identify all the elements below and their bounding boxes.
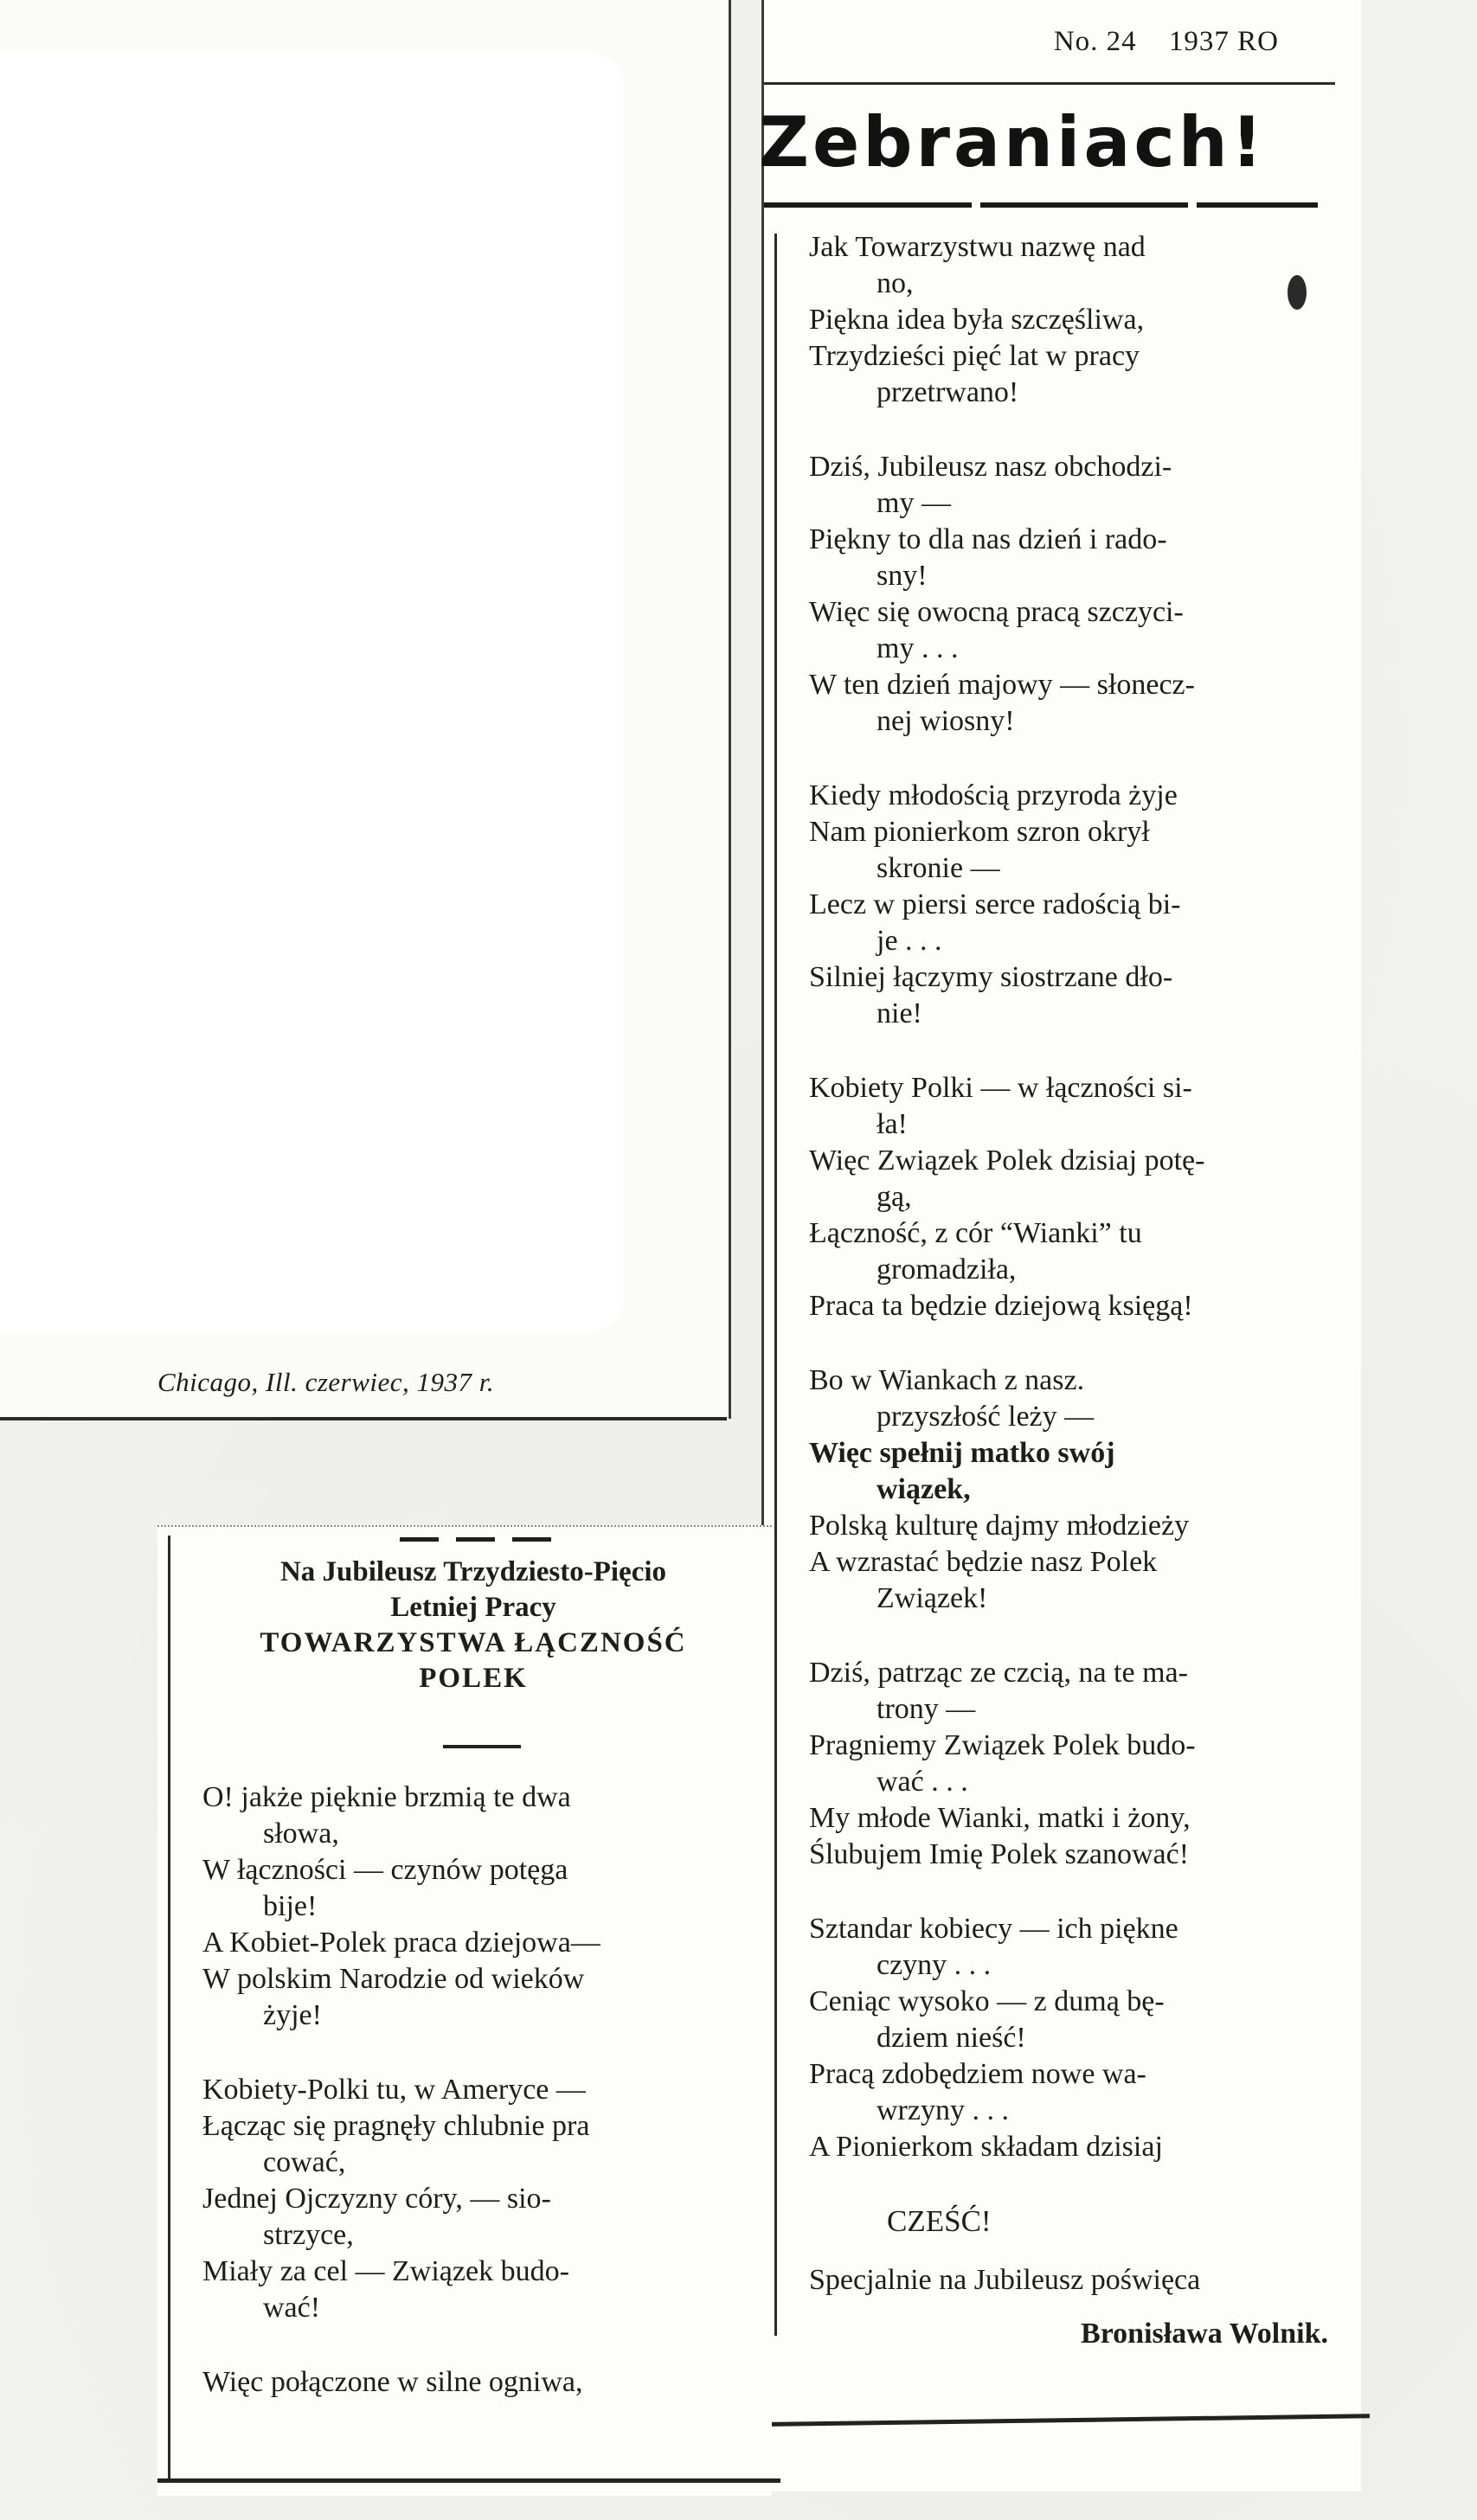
place-date-caption: Chicago, Ill. czerwiec, 1937 r. [157, 1367, 494, 1398]
issue-number: No. 24 [1054, 26, 1137, 57]
title-line: TOWARZYSTWA ŁĄCZNOŚĆ [183, 1625, 763, 1661]
stanza: Sztandar kobiecy — ich piękneczyny . . .… [809, 1911, 1337, 2165]
stanza: Bo w Wiankach z nasz.przyszłość leży —Wi… [809, 1363, 1337, 1617]
verse-line: Więc spełnij matko swój [809, 1435, 1337, 1472]
title-line: Letniej Pracy [183, 1590, 763, 1625]
verse-line: sny! [809, 558, 1337, 594]
verse-line: Więc się owocną pracą szczyci- [809, 594, 1337, 631]
verse-line: W polskim Narodzie od wieków [202, 1961, 765, 1997]
verse-line: A Kobiet-Polek praca dziejowa— [202, 1925, 765, 1961]
verse-line: wrzyny . . . [809, 2093, 1337, 2129]
verse-line: Dziś, Jubileusz nasz obchodzi- [809, 449, 1337, 485]
verse-line: Ślubujem Imię Polek szanować! [809, 1837, 1337, 1873]
stanza: Kiedy młodością przyroda żyjeNam pionier… [809, 778, 1337, 1032]
verse-line: przyszłość leży — [809, 1399, 1337, 1435]
verse-line: O! jakże pięknie brzmią te dwa [202, 1779, 765, 1816]
verse-line: Więc połączone w silne ogniwa, [202, 2364, 765, 2401]
column-rule [774, 234, 777, 2336]
verse-line: Jak Towarzystwu nazwę nad [809, 229, 1337, 266]
verse-line: bije! [202, 1888, 765, 1925]
verse-line: trony — [809, 1691, 1337, 1728]
author-signature: Bronisława Wolnik. [809, 2316, 1337, 2352]
title-line: POLEK [183, 1661, 763, 1696]
verse-line: Więc Związek Polek dzisiaj potę- [809, 1143, 1337, 1179]
verse-line: Ceniąc wysoko — z dumą bę- [809, 1984, 1337, 2020]
verse-line: strzyce, [202, 2217, 765, 2254]
right-clipping: No. 24 1937 RO Zebraniach! Jak Towarzyst… [761, 0, 1361, 2491]
verse-line: Miały za cel — Związek budo- [202, 2254, 765, 2290]
dedication-line: Specjalnie na Jubileusz poświęca [809, 2262, 1337, 2299]
verse-line: Piękny to dla nas dzień i rado- [809, 522, 1337, 558]
verse-line: gromadziła, [809, 1252, 1337, 1288]
verse-line: wać . . . [809, 1764, 1337, 1800]
verse-line: my — [809, 485, 1337, 522]
verse-line: Kobiety-Polki tu, w Ameryce — [202, 2072, 765, 2108]
cheer-line: CZEŚĆ! [809, 2203, 1337, 2240]
verse-line: my . . . [809, 631, 1337, 667]
verse-line: wać! [202, 2290, 765, 2326]
verse-line: W łączności — czynów potęga [202, 1852, 765, 1888]
verse-line: Trzydzieści pięć lat w pracy [809, 338, 1337, 375]
title-rule [443, 1745, 521, 1748]
bottom-rule [157, 2478, 780, 2483]
verse-line: Bo w Wiankach z nasz. [809, 1363, 1337, 1399]
verse-line: słowa, [202, 1816, 765, 1852]
stanza: Kobiety Polki — w łączności si-ła!Więc Z… [809, 1070, 1337, 1324]
verse-line: Jednej Ojczyzny córy, — sio- [202, 2181, 765, 2217]
stanza: O! jakże pięknie brzmią te dwasłowa,W łą… [202, 1779, 765, 2034]
verse-line: Lecz w piersi serce radością bi- [809, 887, 1337, 923]
verse-line: ła! [809, 1106, 1337, 1143]
verse-line: żyje! [202, 1997, 765, 2034]
verse-line: W ten dzień majowy — słonecz- [809, 667, 1337, 703]
column-rule [168, 1536, 170, 2478]
left-clipping: Chicago, Ill. czerwiec, 1937 r. [0, 0, 731, 1419]
stanza: Jak Towarzystwu nazwę nadno,Piękna idea … [809, 229, 1337, 411]
caption-rule [0, 1417, 727, 1420]
verse-line: no, [809, 266, 1337, 302]
verse-line: Polską kulturę dajmy młodzieży [809, 1508, 1337, 1544]
poem-body: Jak Towarzystwu nazwę nadno,Piękna idea … [809, 229, 1337, 2352]
poem-title: Na Jubileusz Trzydziesto-PięcioLetniej P… [183, 1555, 763, 1696]
verse-line: Kiedy młodością przyroda żyje [809, 778, 1337, 814]
verse-line: nie! [809, 996, 1337, 1032]
dash-ornament [400, 1537, 555, 1542]
bottom-rule [764, 2414, 1370, 2427]
title-line: Na Jubileusz Trzydziesto-Pięcio [183, 1555, 763, 1590]
verse-line: Pracą zdobędziem nowe wa- [809, 2056, 1337, 2093]
verse-line: czyny . . . [809, 1947, 1337, 1984]
verse-line: dziem nieść! [809, 2020, 1337, 2056]
verse-line: Sztandar kobiecy — ich piękne [809, 1911, 1337, 1947]
verse-line: wiązek, [809, 1472, 1337, 1508]
verse-line: Dziś, patrząc ze czcią, na te ma- [809, 1655, 1337, 1691]
verse-line: Związek! [809, 1581, 1337, 1617]
stanza: Dziś, Jubileusz nasz obchodzi-my —Piękny… [809, 449, 1337, 740]
verse-line: skronie — [809, 850, 1337, 887]
blank-whiteout-area [0, 52, 623, 1332]
verse-line: nej wiosny! [809, 703, 1337, 740]
verse-line: Łącząc się pragnęły chlubnie pra [202, 2108, 765, 2145]
headline-rule [764, 202, 1318, 208]
verse-line: gą, [809, 1179, 1337, 1215]
issue-year: 1937 RO [1169, 26, 1279, 57]
verse-line: Nam pionierkom szron okrył [809, 814, 1337, 850]
stanza: Dziś, patrząc ze czcią, na te ma-trony —… [809, 1655, 1337, 1873]
verse-line: A wzrastać będzie nasz Polek [809, 1544, 1337, 1581]
verse-line: je . . . [809, 923, 1337, 959]
stanza: Więc połączone w silne ogniwa, [202, 2364, 765, 2401]
verse-line: My młode Wianki, matki i żony, [809, 1800, 1337, 1837]
verse-line: Kobiety Polki — w łączności si- [809, 1070, 1337, 1106]
verse-line: Łączność, z cór “Wianki” tu [809, 1215, 1337, 1252]
verse-line: Pragniemy Związek Polek budo- [809, 1728, 1337, 1764]
verse-line: Piękna idea była szczęśliwa, [809, 302, 1337, 338]
verse-line: Praca ta będzie dziejową księgą! [809, 1288, 1337, 1324]
issue-header: No. 24 1937 RO [1030, 26, 1279, 58]
header-rule [764, 82, 1335, 85]
poem-stanzas: Jak Towarzystwu nazwę nadno,Piękna idea … [809, 229, 1337, 2165]
lower-clipping: Na Jubileusz Trzydziesto-PięcioLetniej P… [157, 1525, 772, 2496]
poem-body: O! jakże pięknie brzmią te dwasłowa,W łą… [202, 1779, 765, 2439]
verse-line: cować, [202, 2145, 765, 2181]
stanza: Kobiety-Polki tu, w Ameryce —Łącząc się … [202, 2072, 765, 2326]
verse-line: A Pionierkom składam dzisiaj [809, 2129, 1337, 2165]
ink-stain [1288, 275, 1307, 310]
verse-line: Silniej łączymy siostrzane dło- [809, 959, 1337, 996]
verse-line: przetrwano! [809, 375, 1337, 411]
headline: Zebraniach! [759, 102, 1266, 183]
